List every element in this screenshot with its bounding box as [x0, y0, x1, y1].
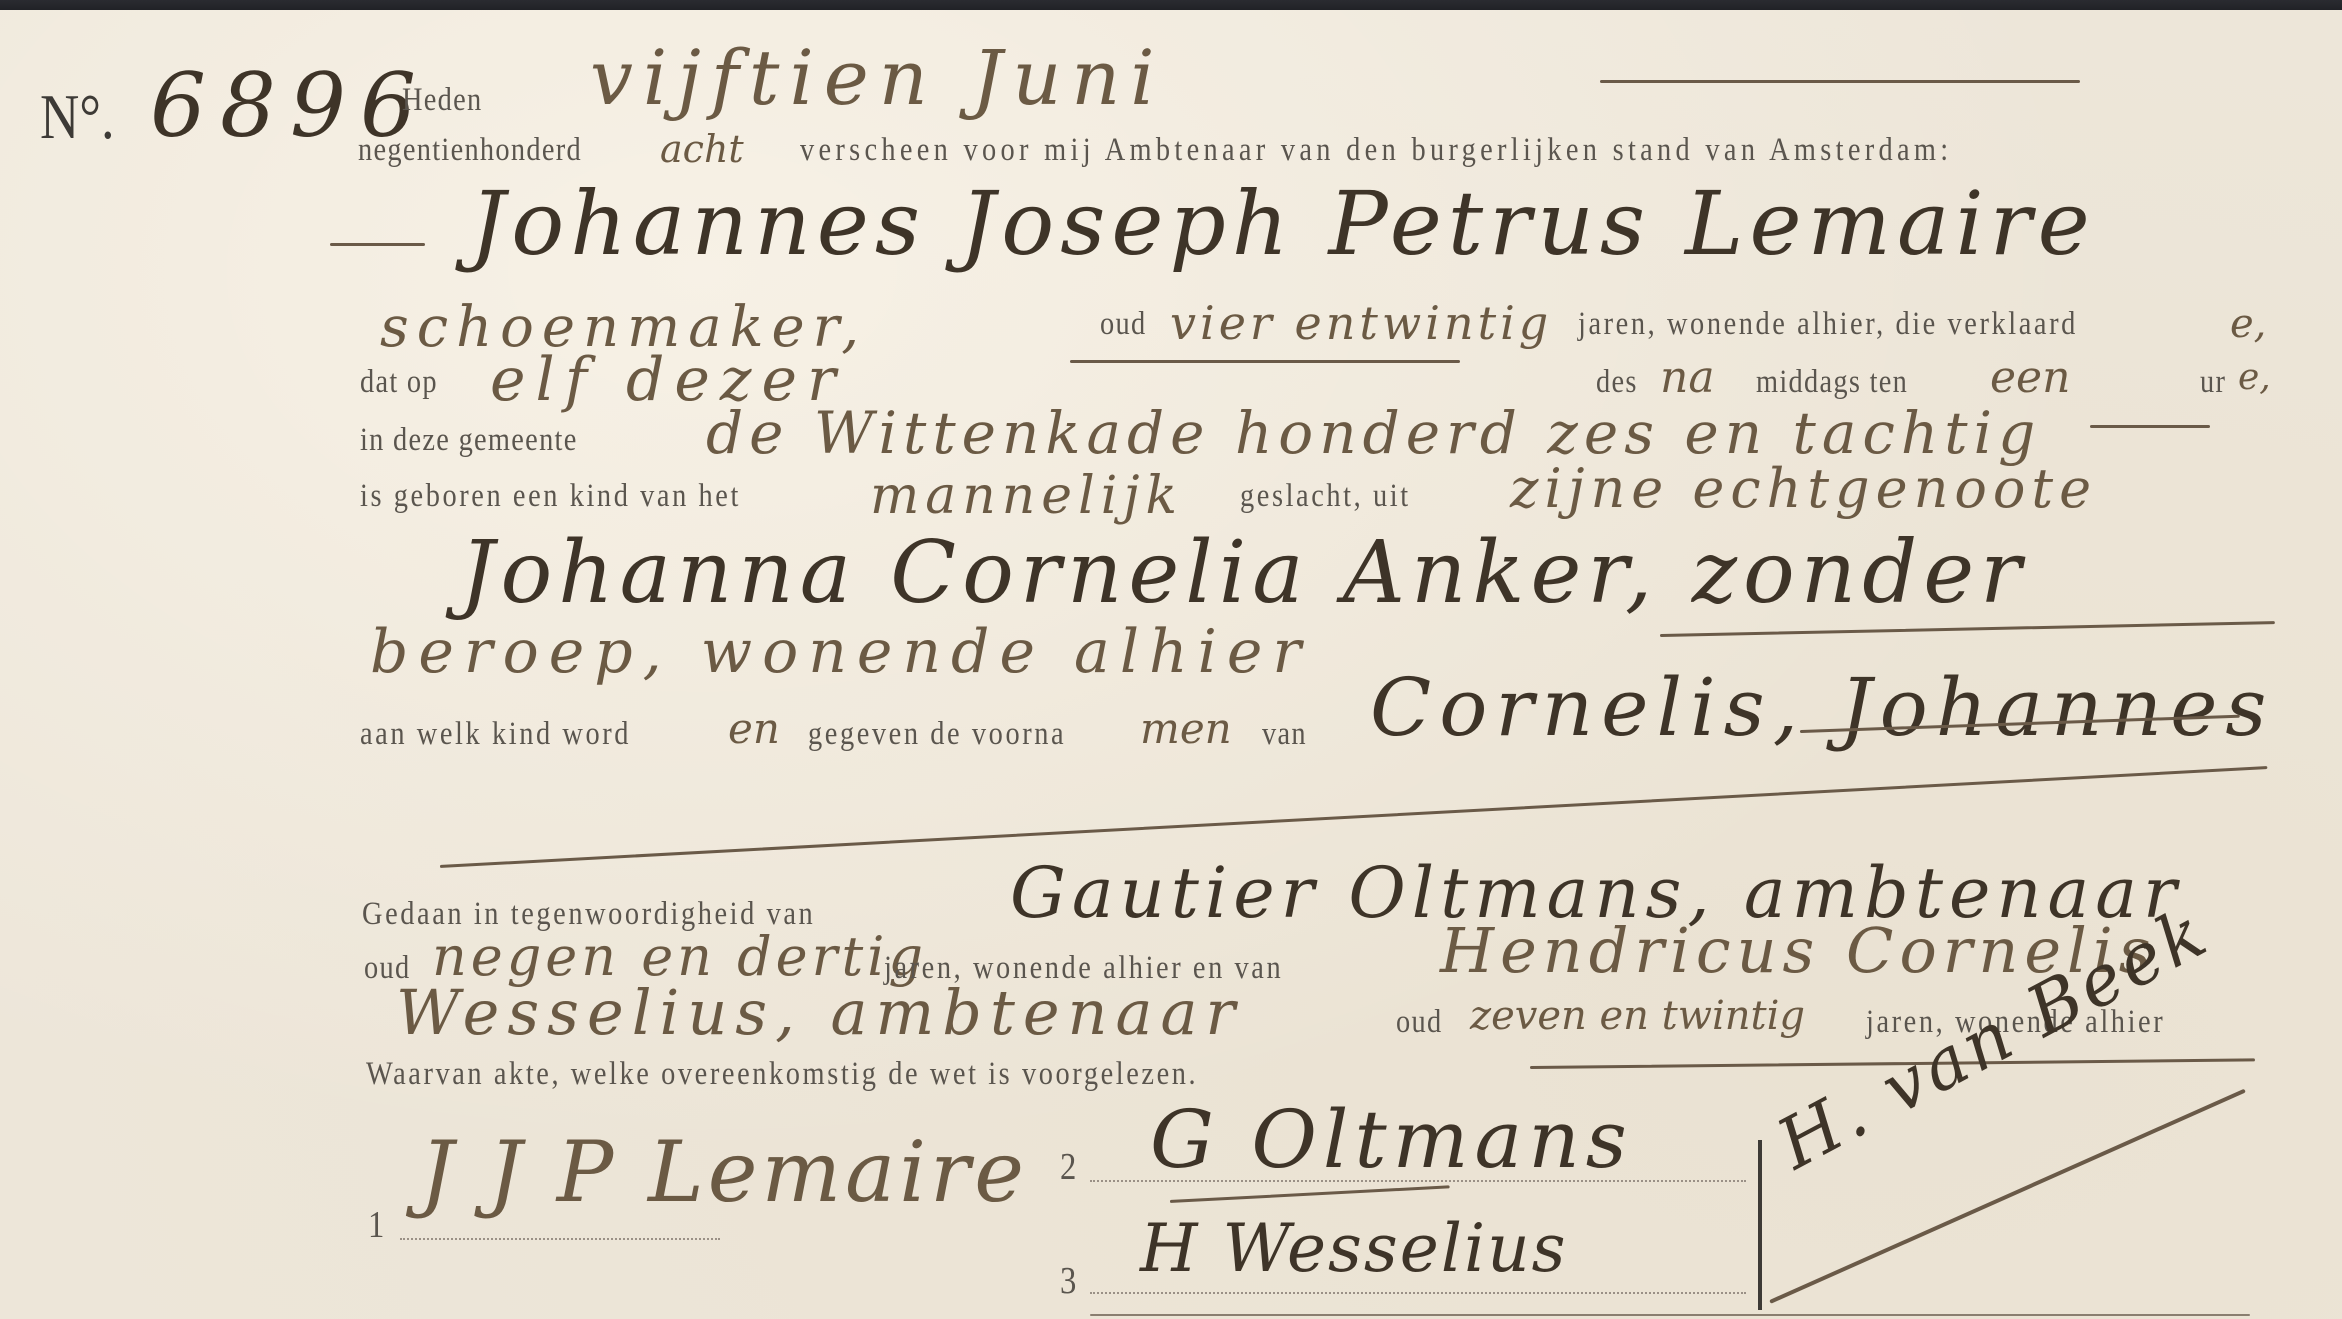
- signature-2: G Oltmans: [1150, 1100, 1633, 1180]
- printed-gender-from: geslacht, uit: [1240, 480, 1411, 513]
- signature-line-1: [400, 1238, 720, 1240]
- printed-oud: oud: [1396, 1006, 1442, 1039]
- entry-label: N°.: [40, 80, 115, 154]
- signature-1: J J P Lemaire: [420, 1130, 1028, 1214]
- printed-municipality: in deze gemeente: [360, 424, 578, 457]
- hand-witness2-surname: Wesselius, ambtenaar: [396, 982, 1243, 1044]
- signature-line-3: [1090, 1292, 1746, 1294]
- hand-year: acht: [660, 130, 744, 168]
- printed-afternoon: middags ten: [1756, 366, 1908, 399]
- hand-na: na: [1660, 356, 1715, 400]
- printed-oud: oud: [1100, 308, 1146, 341]
- hand-mother-details: beroep, wonende alhier: [370, 622, 1311, 682]
- hand-ur-suffix: e,: [2238, 360, 2271, 396]
- hand-address: de Wittenkade honderd zes en tachtig: [706, 404, 2041, 462]
- printed-appeared: verscheen voor mij Ambtenaar van den bur…: [800, 134, 1952, 167]
- fill-line: [1070, 360, 1460, 363]
- printed-des: des: [1596, 366, 1638, 399]
- signature-3: H Wesselius: [1140, 1216, 1567, 1282]
- printed-van: van: [1262, 718, 1307, 751]
- fill-line: [1600, 80, 2080, 83]
- printed-born: is geboren een kind van het: [360, 480, 741, 513]
- signature-index-2: 2: [1060, 1148, 1078, 1186]
- hand-mother-name: Johanna Cornelia Anker, zonder: [460, 530, 2027, 616]
- fill-line: [330, 243, 425, 246]
- hand-spouse-label: zijne echtgenoote: [1510, 462, 2097, 516]
- hand-child-names: Cornelis, Johannes: [1370, 668, 2274, 748]
- printed-child-named: aan welk kind word: [360, 718, 631, 751]
- bottom-rule: [1090, 1314, 2250, 1316]
- printed-closing: Waarvan akte, welke overeenkomstig de we…: [366, 1058, 1198, 1091]
- hand-suffix: e,: [2230, 304, 2266, 344]
- fill-line: [2090, 425, 2210, 428]
- printed-year-prefix: negentienhonderd: [358, 134, 582, 167]
- hand-witness2-age: zeven en twintig: [1470, 996, 1805, 1036]
- printed-on: dat op: [360, 366, 438, 399]
- hand-date: vijftien Juni: [590, 40, 1165, 116]
- signature-index-3: 3: [1060, 1262, 1078, 1300]
- signature-brace: [1758, 1140, 1772, 1310]
- hand-men: men: [1140, 708, 1232, 750]
- printed-heden: Heden: [402, 84, 483, 117]
- signature-index-1: 1: [368, 1206, 386, 1244]
- hand-hour: een: [1990, 356, 2070, 400]
- hand-sex: mannelijk: [870, 470, 1183, 522]
- printed-ur: ur: [2200, 366, 2226, 399]
- hand-age: vier entwintig: [1170, 300, 1552, 346]
- printed-given-names: gegeven de voorna: [808, 718, 1066, 751]
- printed-years-declared: jaren, wonende alhier, die verklaard: [1578, 308, 2078, 341]
- hand-en: en: [728, 708, 780, 750]
- hand-father-name: Johannes Joseph Petrus Lemaire: [470, 180, 2096, 268]
